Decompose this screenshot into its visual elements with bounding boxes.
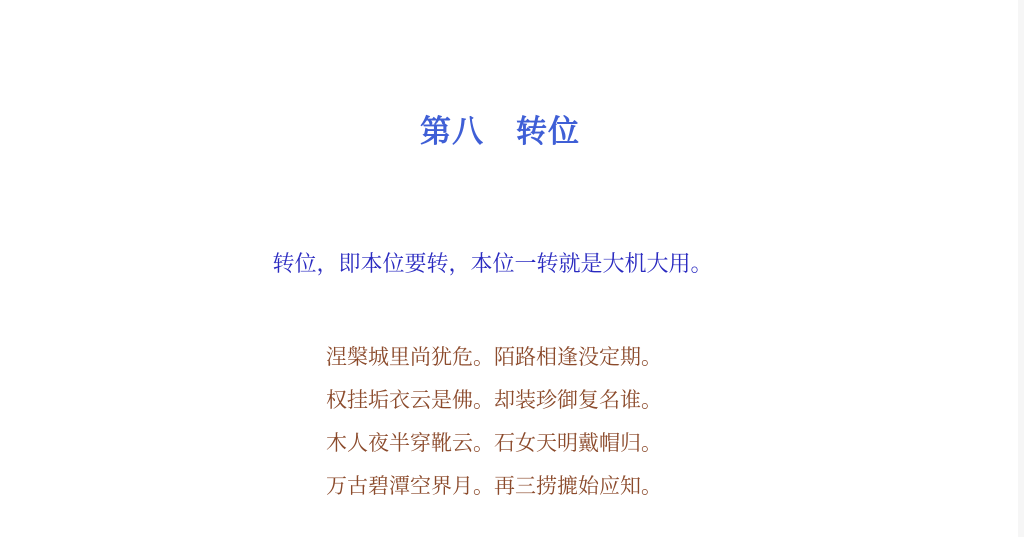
poem-line-3: 木人夜半穿靴云。石女天明戴帽归。: [0, 422, 988, 465]
chapter-title: 第八 转位: [0, 111, 1000, 153]
poem-block: 涅槃城里尚犹危。陌路相逢没定期。 权挂垢衣云是佛。却装珍御复名谁。 木人夜半穿靴…: [0, 336, 988, 508]
poem-line-1: 涅槃城里尚犹危。陌路相逢没定期。: [0, 336, 988, 379]
poem-line-2: 权挂垢衣云是佛。却装珍御复名谁。: [0, 379, 988, 422]
article-page: 第八 转位 转位，即本位要转，本位一转就是大机大用。 涅槃城里尚犹危。陌路相逢没…: [0, 0, 1000, 537]
page-edge-divider: [1018, 0, 1024, 537]
poem-line-4: 万古碧潭空界月。再三捞摝始应知。: [0, 465, 988, 508]
chapter-subtitle: 转位，即本位要转，本位一转就是大机大用。: [0, 250, 985, 280]
